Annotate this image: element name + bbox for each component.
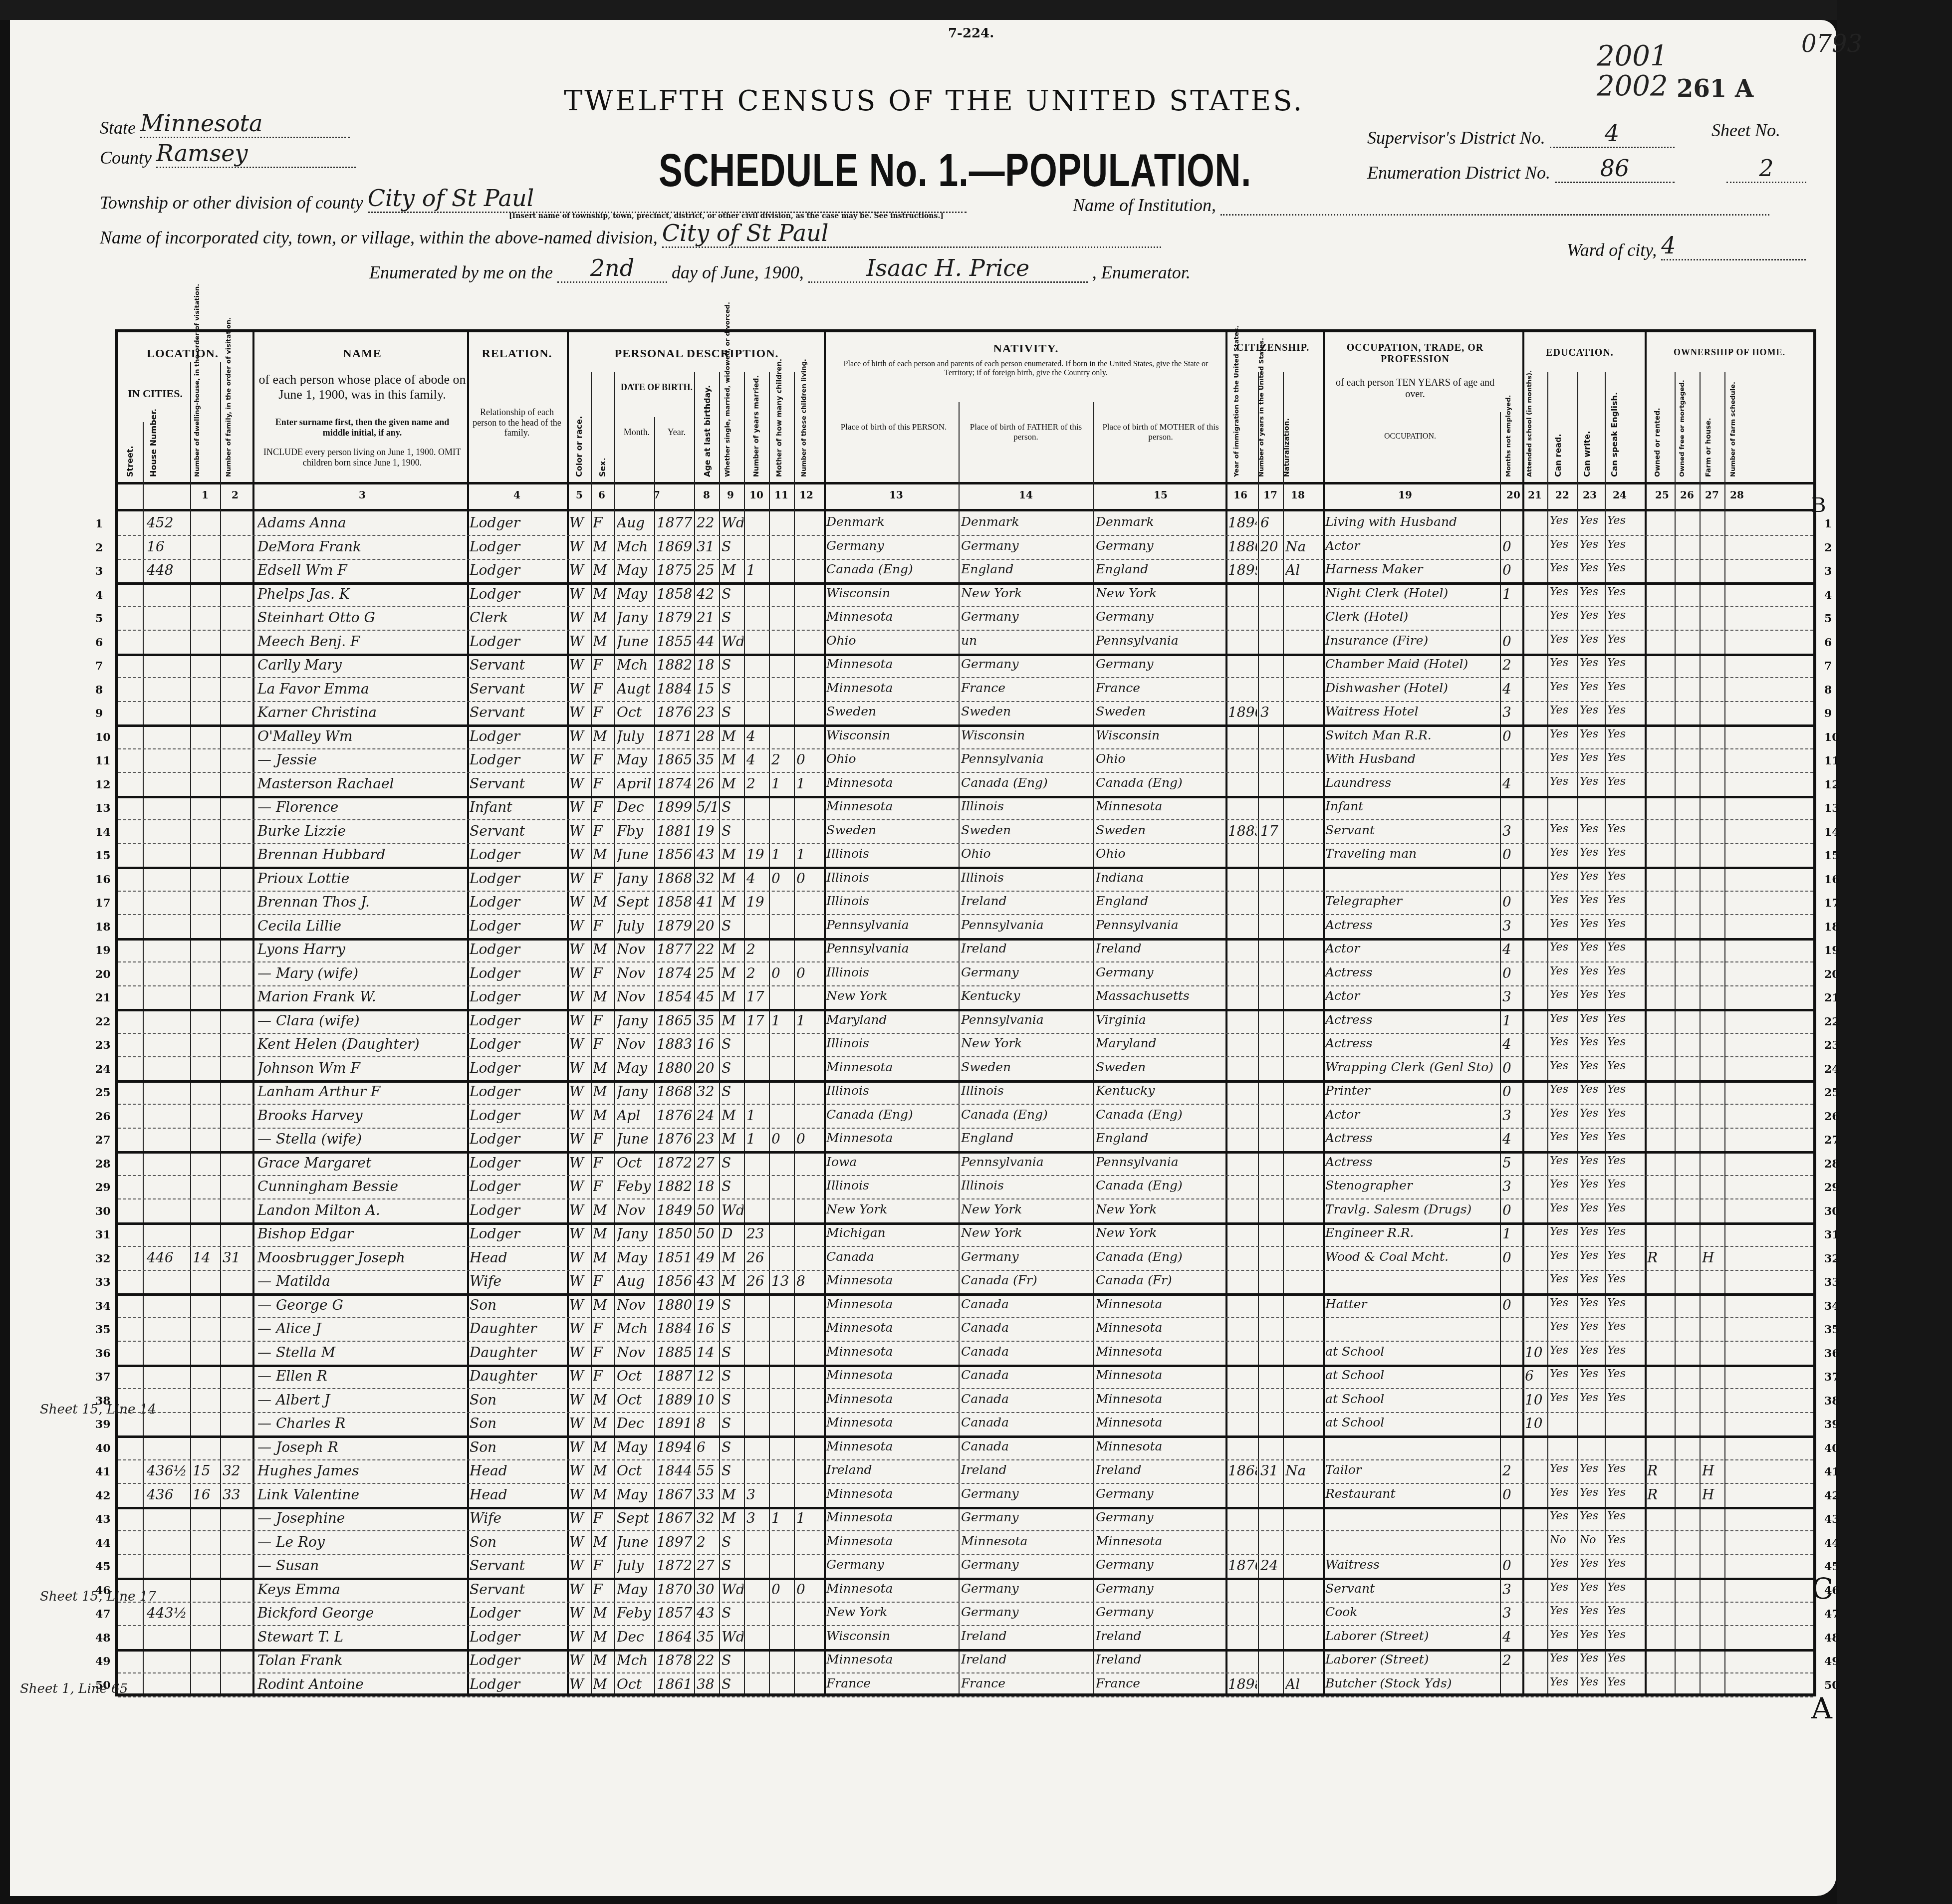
- cell-cl: 0: [796, 1131, 821, 1147]
- ward-label: Ward of city,: [1567, 240, 1657, 260]
- cell-age: 8: [697, 1415, 719, 1431]
- cell-rel: Son: [470, 1534, 564, 1550]
- cell-write: Yes: [1580, 1178, 1604, 1190]
- cell-month: Nov: [617, 1202, 653, 1218]
- cell-write: Yes: [1580, 1629, 1604, 1641]
- cell-rel: Lodger: [470, 1155, 564, 1171]
- cell-read: Yes: [1550, 1225, 1576, 1238]
- cell-month: Jany: [617, 1225, 653, 1242]
- cell-bf: Minnesota: [961, 1534, 1092, 1548]
- cell-mar: Wd: [722, 1202, 743, 1218]
- line-number-right: 39: [1824, 1418, 1840, 1431]
- cell-rel: Son: [470, 1415, 564, 1431]
- cell-sex: M: [593, 941, 613, 957]
- vheader-children-living: Number of these children living.: [800, 362, 808, 477]
- cell-month: Mch: [617, 1320, 653, 1337]
- cell-bp: Minnesota: [826, 1060, 957, 1074]
- cell-name: — Albert J: [257, 1392, 465, 1408]
- cell-rel: Lodger: [470, 1060, 564, 1076]
- cell-name: — Clara (wife): [257, 1012, 465, 1029]
- cell-occ: Engineer R.R.: [1325, 1225, 1499, 1240]
- line-number-right: 24: [1824, 1063, 1840, 1076]
- cell-year: 1851: [657, 1249, 693, 1266]
- cell-bm: France: [1096, 681, 1224, 695]
- cell-write: Yes: [1580, 728, 1604, 740]
- cell-eng: Yes: [1607, 1344, 1642, 1357]
- cell-ym: 1: [746, 1131, 768, 1147]
- cell-rel: Lodger: [470, 1012, 564, 1029]
- cell-age: 35: [697, 1629, 719, 1645]
- stamp-2001: 2001: [1597, 40, 1668, 72]
- cell-sex: M: [593, 1249, 613, 1266]
- cell-color: W: [569, 1320, 589, 1337]
- cell-unemp: 0: [1502, 1083, 1521, 1100]
- cell-rel: Lodger: [470, 538, 564, 555]
- cell-eng: Yes: [1607, 988, 1642, 1001]
- line-number-left: 44: [95, 1537, 111, 1550]
- cell-mar: M: [722, 751, 743, 768]
- cell-occ: Hatter: [1325, 1297, 1499, 1311]
- cell-rel: Lodger: [470, 1131, 564, 1147]
- cell-age: 23: [697, 704, 719, 720]
- cell-color: W: [569, 1368, 589, 1384]
- cell-mar: S: [722, 1392, 743, 1408]
- cell-rel: Lodger: [470, 1225, 564, 1242]
- cell-bp: Minnesota: [826, 1320, 957, 1335]
- cell-read: Yes: [1550, 1486, 1576, 1499]
- line-number-left: 43: [95, 1513, 111, 1526]
- cell-read: Yes: [1550, 918, 1576, 930]
- cell-mar: M: [722, 988, 743, 1005]
- cell-bp: Illinois: [826, 1083, 957, 1098]
- cell-cl: 0: [796, 965, 821, 981]
- header-name: NAME: [257, 347, 467, 361]
- cell-read: Yes: [1550, 1676, 1576, 1688]
- cell-house: 446: [147, 1249, 189, 1266]
- cell-house: 436: [147, 1486, 189, 1503]
- line-number-right: 6: [1824, 636, 1832, 649]
- cell-age: 19: [697, 1297, 719, 1313]
- cell-bf: England: [961, 1131, 1092, 1145]
- cell-bp: Minnesota: [826, 1486, 957, 1501]
- cell-unemp: 3: [1502, 1178, 1521, 1194]
- cell-rel: Lodger: [470, 846, 564, 863]
- cell-mc: 1: [771, 775, 793, 792]
- cell-read: Yes: [1550, 538, 1576, 551]
- cell-occ: Night Clerk (Hotel): [1325, 586, 1499, 600]
- cell-age: 50: [697, 1225, 719, 1242]
- cell-month: Aug: [617, 1273, 653, 1289]
- township-value: City of St Paul: [368, 185, 967, 213]
- line-number-right: 47: [1824, 1608, 1840, 1621]
- line-number-left: 24: [95, 1063, 111, 1076]
- cell-year: 1857: [657, 1605, 693, 1621]
- cell-year: 1897: [657, 1534, 693, 1550]
- cell-color: W: [569, 1297, 589, 1313]
- cell-unemp: 3: [1502, 1605, 1521, 1621]
- table-row: Prioux LottieLodgerWFJany186832M400Illin…: [118, 867, 1813, 892]
- cell-sex: M: [593, 1462, 613, 1479]
- cell-unemp: 2: [1502, 1462, 1521, 1479]
- cell-age: 43: [697, 1605, 719, 1621]
- cell-bf: Canada: [961, 1297, 1092, 1311]
- cell-bf: Denmark: [961, 514, 1092, 529]
- colnum: 15: [1154, 489, 1168, 501]
- cell-bp: Minnesota: [826, 1439, 957, 1453]
- cell-month: Fby: [617, 823, 653, 839]
- cell-bp: Illinois: [826, 870, 957, 885]
- cell-bm: Canada (Eng): [1096, 1249, 1224, 1264]
- table-row: — George GSonWMNov188019SMinnesotaCanada…: [118, 1294, 1813, 1318]
- cell-name: Johnson Wm F: [257, 1060, 465, 1076]
- cell-color: W: [569, 799, 589, 815]
- cell-sex: F: [593, 657, 613, 673]
- cell-bp: New York: [826, 1202, 957, 1216]
- cell-bf: Ireland: [961, 1652, 1092, 1666]
- line-number-right: 44: [1824, 1537, 1840, 1550]
- line-number-right: 50: [1824, 1679, 1840, 1692]
- table-row: Cecila LillieLodgerWFJuly187920SPennsylv…: [118, 915, 1813, 941]
- colnum: 28: [1730, 489, 1744, 501]
- cell-bp: Michigan: [826, 1225, 957, 1240]
- cell-occ: With Husband: [1325, 751, 1499, 766]
- cell-read: Yes: [1550, 657, 1576, 669]
- cell-age: 12: [697, 1368, 719, 1384]
- cell-sex: F: [593, 1510, 613, 1526]
- cell-bm: Canada (Fr): [1096, 1273, 1224, 1287]
- supervisor-label: Supervisor's District No.: [1367, 128, 1545, 148]
- cell-read: Yes: [1550, 1107, 1576, 1120]
- cell-month: Dec: [617, 1415, 653, 1431]
- cell-bf: Pennsylvania: [961, 1012, 1092, 1027]
- line-number-right: 43: [1824, 1513, 1840, 1526]
- cell-age: 18: [697, 657, 719, 673]
- table-row: La Favor EmmaServantWFAugt188415SMinneso…: [118, 678, 1813, 702]
- cell-color: W: [569, 657, 589, 673]
- cell-sex: M: [593, 1225, 613, 1242]
- cell-eng: Yes: [1607, 894, 1642, 906]
- cell-month: Nov: [617, 1297, 653, 1313]
- cell-rel: Son: [470, 1439, 564, 1455]
- cell-occ: Wood & Coal Mcht.: [1325, 1249, 1499, 1264]
- state-value: Minnesota: [140, 110, 350, 138]
- cell-unemp: 2: [1502, 657, 1521, 673]
- cell-name: — Joseph R: [257, 1439, 465, 1455]
- cell-color: W: [569, 538, 589, 555]
- cell-eng: Yes: [1607, 1297, 1642, 1309]
- cell-bf: Ireland: [961, 894, 1092, 908]
- table-row: — MatildaWifeWFAug185643M26138MinnesotaC…: [118, 1270, 1813, 1296]
- cell-imm: 1899: [1228, 562, 1257, 578]
- cell-name: Hughes James: [257, 1462, 465, 1479]
- cell-occ: Travlg. Salesm (Drugs): [1325, 1202, 1499, 1216]
- cell-year: 1880: [657, 1060, 693, 1076]
- header-relation: RELATION.: [467, 347, 567, 361]
- cell-age: 35: [697, 1012, 719, 1029]
- cell-unemp: 0: [1502, 1557, 1521, 1574]
- sheet-label: Sheet No.: [1711, 120, 1780, 141]
- form-number: 7-224.: [948, 26, 994, 41]
- cell-month: May: [617, 1581, 653, 1598]
- cell-month: Oct: [617, 1392, 653, 1408]
- cell-year: 1868: [657, 1083, 693, 1100]
- line-number-left: 20: [95, 968, 111, 981]
- cell-unemp: 1: [1502, 1012, 1521, 1029]
- cell-age: 22: [697, 1652, 719, 1668]
- cell-bp: Germany: [826, 538, 957, 553]
- cell-year: 1849: [657, 1202, 693, 1218]
- cell-imm: 1894: [1228, 514, 1257, 531]
- cell-age: 44: [697, 633, 719, 650]
- cell-sex: F: [593, 1036, 613, 1052]
- cell-write: Yes: [1580, 775, 1604, 788]
- cell-month: June: [617, 633, 653, 650]
- header-personal: PERSONAL DESCRIPTION.: [567, 347, 826, 361]
- cell-write: Yes: [1580, 1320, 1604, 1333]
- cell-rel: Lodger: [470, 988, 564, 1005]
- cell-unemp: 3: [1502, 704, 1521, 720]
- cell-eng: Yes: [1607, 1131, 1642, 1143]
- cell-write: Yes: [1580, 1155, 1604, 1167]
- cell-read: Yes: [1550, 586, 1576, 598]
- cell-age: 45: [697, 988, 719, 1005]
- cell-year: 1874: [657, 775, 693, 792]
- cell-bf: Canada (Fr): [961, 1273, 1092, 1287]
- cell-mc: 2: [771, 751, 793, 768]
- line-number-right: 31: [1824, 1228, 1840, 1241]
- cell-occ: Switch Man R.R.: [1325, 728, 1499, 742]
- table-row: Rodint AntoineLodgerWMOct186138SFranceFr…: [118, 1673, 1813, 1697]
- cell-bp: Minnesota: [826, 1368, 957, 1382]
- cell-bm: Kentucky: [1096, 1083, 1224, 1098]
- cell-mar: S: [722, 538, 743, 555]
- cell-month: May: [617, 586, 653, 602]
- cell-occ: Laborer (Street): [1325, 1629, 1499, 1643]
- cell-mar: S: [722, 1297, 743, 1313]
- cell-rel: Lodger: [470, 751, 564, 768]
- line-number-right: 29: [1824, 1181, 1840, 1194]
- table-row: 4461431Moosbrugger JosephHeadWMMay185149…: [118, 1246, 1813, 1271]
- cell-color: W: [569, 1557, 589, 1574]
- table-row: — Charles RSonWMDec18918SMinnesotaCanada…: [118, 1412, 1813, 1438]
- cell-write: Yes: [1580, 1486, 1604, 1499]
- table-row: Johnson Wm FLodgerWMMay188020SMinnesotaS…: [118, 1057, 1813, 1083]
- cell-bf: Germany: [961, 1249, 1092, 1264]
- cell-year: 1858: [657, 586, 693, 602]
- cell-name: Link Valentine: [257, 1486, 465, 1503]
- cell-sex: F: [593, 1155, 613, 1171]
- cell-occ: Actor: [1325, 1107, 1499, 1122]
- cell-age: 50: [697, 1202, 719, 1218]
- cell-sex: F: [593, 704, 613, 720]
- cell-read: Yes: [1550, 846, 1576, 859]
- state-label: State: [100, 118, 136, 138]
- cell-rel: Head: [470, 1462, 564, 1479]
- cell-yrs: 31: [1260, 1462, 1282, 1479]
- line-number-right: 10: [1824, 731, 1840, 744]
- cell-month: May: [617, 751, 653, 768]
- cell-bf: Sweden: [961, 704, 1092, 718]
- line-number-left: 6: [95, 636, 103, 649]
- cell-eng: Yes: [1607, 965, 1642, 977]
- cell-rel: Lodger: [470, 941, 564, 957]
- cell-month: Feby: [617, 1605, 653, 1621]
- cell-occ: Actress: [1325, 1155, 1499, 1169]
- cell-age: 5/12: [697, 799, 719, 815]
- cell-cl: 0: [796, 1581, 821, 1598]
- colnum: 20: [1506, 489, 1520, 501]
- line-number-right: 30: [1824, 1205, 1840, 1218]
- cell-mar: Wd: [722, 633, 743, 650]
- vheader-street: Street.: [125, 417, 135, 477]
- line-number-left: 18: [95, 921, 111, 934]
- cell-rel: Daughter: [470, 1344, 564, 1361]
- cell-month: Jany: [617, 870, 653, 887]
- colnum: 2: [232, 489, 239, 501]
- header-month: Month.: [617, 427, 657, 438]
- cell-bf: Germany: [961, 1605, 1092, 1619]
- colnum: 14: [1019, 489, 1033, 501]
- cell-month: Dec: [617, 1629, 653, 1645]
- table-row: — JessieLodgerWFMay186535M420OhioPennsyl…: [118, 748, 1813, 773]
- cell-bm: Germany: [1096, 1605, 1224, 1619]
- cell-read: Yes: [1550, 1131, 1576, 1143]
- cell-color: W: [569, 918, 589, 934]
- cell-month: Oct: [617, 1462, 653, 1479]
- header-name-include: INCLUDE every person living on June 1, 1…: [262, 447, 462, 468]
- cell-color: W: [569, 1036, 589, 1052]
- line-number-right: 25: [1824, 1086, 1840, 1099]
- line-number-left: 14: [95, 826, 111, 839]
- cell-write: Yes: [1580, 894, 1604, 906]
- scan-border-top: [0, 0, 1952, 20]
- cell-read: Yes: [1550, 1012, 1576, 1025]
- cell-name: Masterson Rachael: [257, 775, 465, 792]
- line-number-left: 1: [95, 517, 103, 530]
- line-number-left: 28: [95, 1158, 111, 1171]
- cell-bm: Minnesota: [1096, 1320, 1224, 1335]
- table-row: — Clara (wife)LodgerWFJany186535M1711Mar…: [118, 1009, 1813, 1034]
- line-number-right: 26: [1824, 1110, 1840, 1123]
- vheader-unemployed: Months not employed.: [1505, 407, 1512, 477]
- line-number-right: 11: [1824, 754, 1840, 767]
- cell-year: 1880: [657, 1297, 693, 1313]
- cell-year: 1872: [657, 1155, 693, 1171]
- cell-read: Yes: [1550, 941, 1576, 953]
- cell-eng: Yes: [1607, 1462, 1642, 1475]
- cell-write: No: [1580, 1534, 1604, 1546]
- cell-bp: Minnesota: [826, 799, 957, 813]
- cell-ym: 26: [746, 1273, 768, 1289]
- cell-write: Yes: [1580, 681, 1604, 693]
- enumerated-suffix: day of June, 1900,: [672, 262, 804, 282]
- cell-mar: S: [722, 657, 743, 673]
- table-row: — Albert JSonWMOct188910SMinnesotaCanada…: [118, 1389, 1813, 1413]
- cell-rel: Lodger: [470, 1676, 564, 1692]
- cell-bm: Minnesota: [1096, 799, 1224, 813]
- cell-bf: Illinois: [961, 1178, 1092, 1192]
- cell-eng: Yes: [1607, 846, 1642, 859]
- cell-year: 1884: [657, 1320, 693, 1337]
- line-number-left: 37: [95, 1371, 111, 1384]
- cell-bp: Illinois: [826, 846, 957, 861]
- cell-unemp: 0: [1502, 1202, 1521, 1218]
- cell-year: 1875: [657, 562, 693, 578]
- cell-mc: 1: [771, 1510, 793, 1526]
- cell-bf: Canada (Eng): [961, 775, 1092, 790]
- cell-sex: M: [593, 1486, 613, 1503]
- cell-bm: England: [1096, 562, 1224, 576]
- cell-unemp: 0: [1502, 1249, 1521, 1266]
- cell-imm: 1883: [1228, 823, 1257, 839]
- cell-bf: Ireland: [961, 1629, 1092, 1643]
- cell-color: W: [569, 1605, 589, 1621]
- cell-mar: S: [722, 1676, 743, 1692]
- line-number-left: 45: [95, 1560, 111, 1573]
- cell-occ: Restaurant: [1325, 1486, 1499, 1501]
- cell-color: W: [569, 681, 589, 697]
- line-number-left: 2: [95, 541, 103, 554]
- enumeration-value: 86: [1555, 155, 1675, 183]
- cell-name: Keys Emma: [257, 1581, 465, 1598]
- cell-ym: 19: [746, 894, 768, 910]
- cell-sex: M: [593, 633, 613, 650]
- cell-bp: Minnesota: [826, 1534, 957, 1548]
- township-field: Township or other division of county Cit…: [100, 185, 967, 213]
- cell-read: Yes: [1550, 1368, 1576, 1380]
- cell-month: Jany: [617, 609, 653, 626]
- cell-sex: M: [593, 1415, 613, 1431]
- cell-mar: M: [722, 846, 743, 863]
- cell-sex: M: [593, 728, 613, 744]
- cell-month: July: [617, 918, 653, 934]
- cell-color: W: [569, 1107, 589, 1124]
- cell-bm: Germany: [1096, 538, 1224, 553]
- cell-write: Yes: [1580, 1107, 1604, 1120]
- cell-rel: Lodger: [470, 1178, 564, 1194]
- cell-sex: F: [593, 1320, 613, 1337]
- cell-eng: Yes: [1607, 1273, 1642, 1285]
- cell-ym: 4: [746, 751, 768, 768]
- cell-mc: 0: [771, 870, 793, 887]
- cell-eng: Yes: [1607, 1486, 1642, 1499]
- cell-bm: Sweden: [1096, 823, 1224, 837]
- line-number-left: 16: [95, 873, 111, 886]
- cell-age: 20: [697, 1060, 719, 1076]
- cell-cl: 1: [796, 1012, 821, 1029]
- cell-write: Yes: [1580, 1225, 1604, 1238]
- cell-yrs: 20: [1260, 538, 1282, 555]
- cell-mar: S: [722, 586, 743, 602]
- cell-color: W: [569, 775, 589, 792]
- cell-name: — Florence: [257, 799, 465, 815]
- cell-eng: Yes: [1607, 1676, 1642, 1688]
- cell-bf: Pennsylvania: [961, 1155, 1092, 1169]
- stamp-2002: 2002: [1597, 70, 1668, 102]
- cell-color: W: [569, 751, 589, 768]
- line-number-right: 18: [1824, 921, 1840, 934]
- cell-rel: Lodger: [470, 633, 564, 650]
- cell-month: Oct: [617, 1676, 653, 1692]
- cell-rel: Lodger: [470, 870, 564, 887]
- cell-sch: 10: [1525, 1392, 1547, 1408]
- line-number-left: 42: [95, 1489, 111, 1502]
- cell-bp: Minnesota: [826, 1652, 957, 1666]
- cell-read: Yes: [1550, 1178, 1576, 1190]
- cell-rel: Lodger: [470, 1202, 564, 1218]
- cell-year: 1868: [657, 870, 693, 887]
- table-row: 443½Bickford GeorgeLodgerWMFeby185743SNe…: [118, 1602, 1813, 1626]
